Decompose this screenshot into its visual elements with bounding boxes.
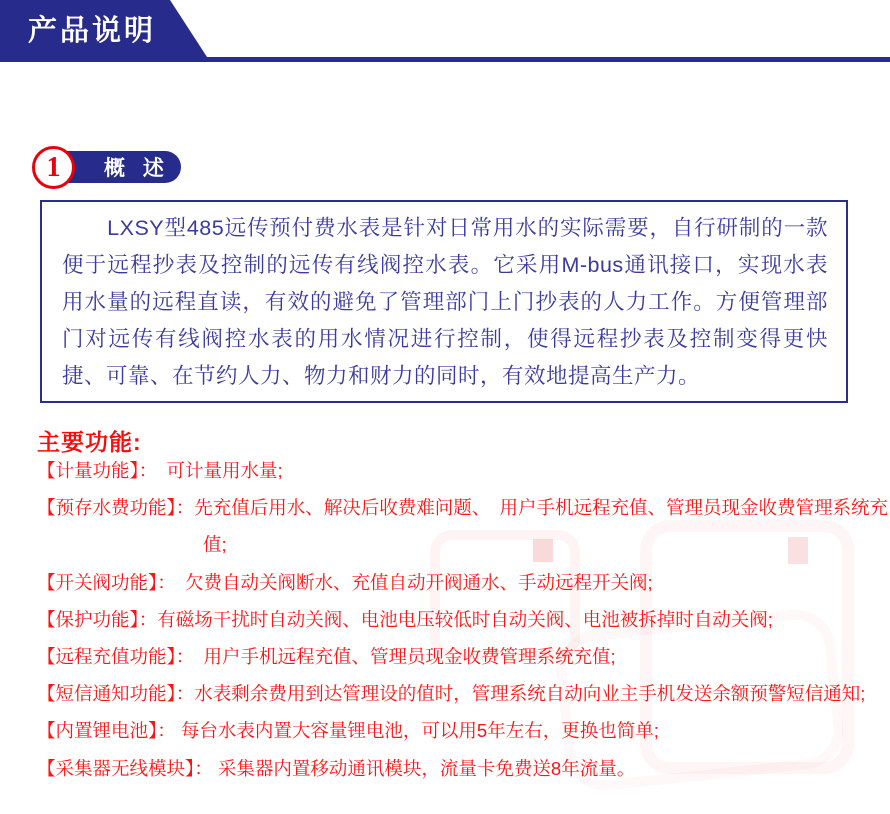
- feature-text: 水表剩余费用到达管理设的值时，管理系统自动向业主手机发送余额预警短信通知;: [194, 683, 865, 704]
- feature-row: 【远程充值功能】： 用户手机远程充值、管理员现金收费管理系统充值;: [37, 638, 890, 675]
- feature-label: 【预存水费功能】：: [37, 497, 194, 518]
- feature-label: 【远程充值功能】：: [37, 646, 185, 667]
- feature-row: 【采集器无线模块】： 采集器内置移动通讯模块，流量卡免费送8年流量。: [37, 750, 890, 787]
- feature-text: 欠费自动关阀断水、充值自动开阀通水、手动远程开关阀;: [167, 572, 653, 593]
- feature-row: 【内置锂电池】： 每台水表内置大容量锂电池，可以用5年左右，更换也简单;: [37, 712, 890, 749]
- feature-row: 【预存水费功能】：先充值后用水、解决后收费难问题、 用户手机远程充值、管理员现金…: [37, 489, 890, 563]
- feature-label: 【内置锂电池】：: [37, 720, 176, 741]
- feature-text: 每台水表内置大容量锂电池，可以用5年左右，更换也简单;: [176, 720, 659, 741]
- feature-text: 用户手机远程充值、管理员现金收费管理系统充值;: [185, 646, 616, 667]
- product-description-page: 产品说明 概 述 1 LXSY型485远传预付费水表是针对日常用水的实际需要，自…: [0, 0, 890, 814]
- page-title: 产品说明: [28, 0, 156, 57]
- feature-label: 【采集器无线模块】：: [37, 758, 213, 779]
- feature-text: 有磁场干扰时自动关阀、电池电压较低时自动关阀、电池被拆掉时自动关阀;: [157, 609, 773, 630]
- banner-underline: [0, 57, 890, 62]
- feature-row: 【短信通知功能】：水表剩余费用到达管理设的值时，管理系统自动向业主手机发送余额预…: [37, 675, 890, 712]
- overview-box: LXSY型485远传预付费水表是针对日常用水的实际需要，自行研制的一款便于远程抄…: [40, 200, 848, 403]
- section-number: 1: [47, 152, 61, 184]
- feature-list: 【计量功能】： 可计量用水量; 【预存水费功能】：先充值后用水、解决后收费难问题…: [37, 452, 890, 787]
- overview-paragraph: LXSY型485远传预付费水表是针对日常用水的实际需要，自行研制的一款便于远程抄…: [62, 210, 828, 395]
- feature-label: 【计量功能】：: [37, 460, 148, 481]
- section-title: 概 述: [104, 152, 168, 182]
- feature-text: 采集器内置移动通讯模块，流量卡免费送8年流量。: [213, 758, 635, 779]
- feature-row: 【开关阀功能】： 欠费自动关阀断水、充值自动开阀通水、手动远程开关阀;: [37, 564, 890, 601]
- feature-text: 先充值后用水、解决后收费难问题、 用户手机远程充值、管理员现金收费管理系统充值;: [194, 497, 888, 555]
- feature-label: 【开关阀功能】：: [37, 572, 167, 593]
- feature-row: 【保护功能】：有磁场干扰时自动关阀、电池电压较低时自动关阀、电池被拆掉时自动关阀…: [37, 601, 890, 638]
- feature-label: 【短信通知功能】：: [37, 683, 194, 704]
- feature-row: 【计量功能】： 可计量用水量;: [37, 452, 890, 489]
- section-number-badge: 1: [32, 146, 75, 189]
- feature-text: 可计量用水量;: [148, 460, 283, 481]
- feature-label: 【保护功能】：: [37, 609, 157, 630]
